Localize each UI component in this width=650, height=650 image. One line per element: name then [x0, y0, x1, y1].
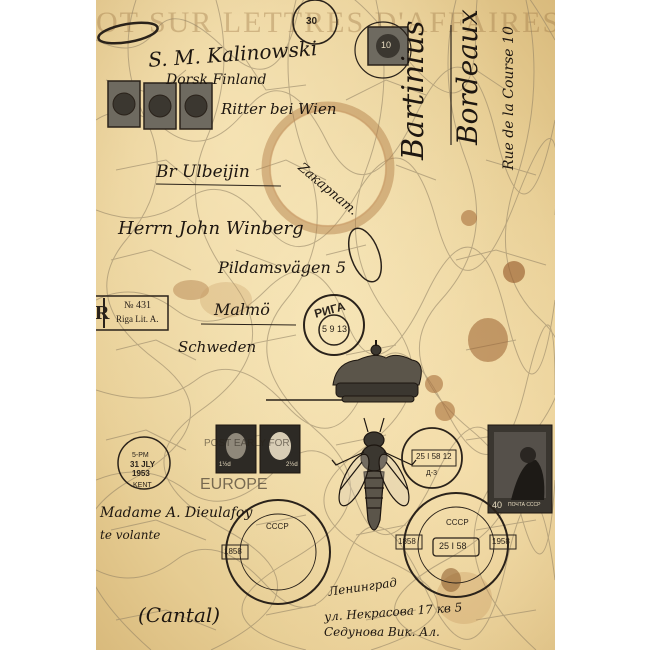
jubilee-left-center: СССР [266, 522, 289, 531]
top-stamp-value: 10 [381, 40, 391, 50]
bromley-time: 5-PM [132, 452, 149, 459]
handwriting-line-6: Pildamsvägen 5 [218, 258, 346, 277]
vertical-text-3: Rue de la Course 10 [501, 26, 517, 170]
registered-place: Riga Lit. A. [116, 314, 159, 324]
bromley-year: 1953 [132, 469, 150, 478]
bottom-left-line-2: te volante [100, 528, 160, 542]
jubilee-right-year-left: 1858 [398, 537, 416, 546]
moscow-postmark-code: Д-3 [426, 470, 437, 477]
handwriting-line-5: Herrn John Winberg [118, 218, 304, 239]
soviet-stamp-label: ПОЧТА СССР [508, 502, 541, 508]
handwriting-line-7: Malmö [214, 300, 270, 319]
top-postmark-day: 30 [306, 16, 317, 27]
vertical-text-2: Bordeaux [451, 9, 484, 145]
imperial-stamps [108, 81, 212, 129]
bromley-date: 31 JLY [130, 460, 155, 469]
slogan-line-2: EUROPE [200, 476, 268, 494]
vintage-paper: OT SUR LETTRES D'AFFAIRES [96, 0, 555, 650]
moscow-postmark-date: 25 I 58 12 [416, 452, 452, 461]
handwriting-line-3: Ritter bei Wien [221, 100, 337, 118]
jubilee-right-center: СССР [446, 518, 469, 527]
bottom-right-line-3: Седунова Вик. Ал. [324, 625, 440, 639]
bee-illustration [332, 418, 416, 530]
jubilee-left-year: 1858 [224, 547, 242, 556]
bromley-county: KENT [133, 482, 152, 489]
jubilee-right-date: 25 I 58 [439, 541, 467, 551]
bottom-left-line-3: (Cantal) [138, 603, 220, 627]
jubilee-right-year-right: 1958 [492, 537, 510, 546]
riga-postmark-date: 5 9 13 [322, 324, 347, 334]
registered-r: R [96, 302, 109, 325]
elizabeth-stamp-1-value: 1½d [219, 462, 231, 468]
soviet-stamp-value: 40 [492, 500, 502, 510]
handwriting-line-4: Br Ulbeijin [156, 162, 250, 182]
handwriting-line-8: Schweden [178, 338, 256, 356]
slogan-line-1: POST EARLY FOR [204, 438, 290, 449]
bottom-left-line-1: Madame A. Dieulafoy [100, 505, 252, 521]
elizabeth-stamp-2-value: 2½d [286, 462, 298, 468]
vertical-text-1: Bartinius [396, 20, 431, 160]
handwriting-line-2: Dorsk Finland [166, 72, 266, 88]
registered-number: № 431 [124, 300, 151, 311]
